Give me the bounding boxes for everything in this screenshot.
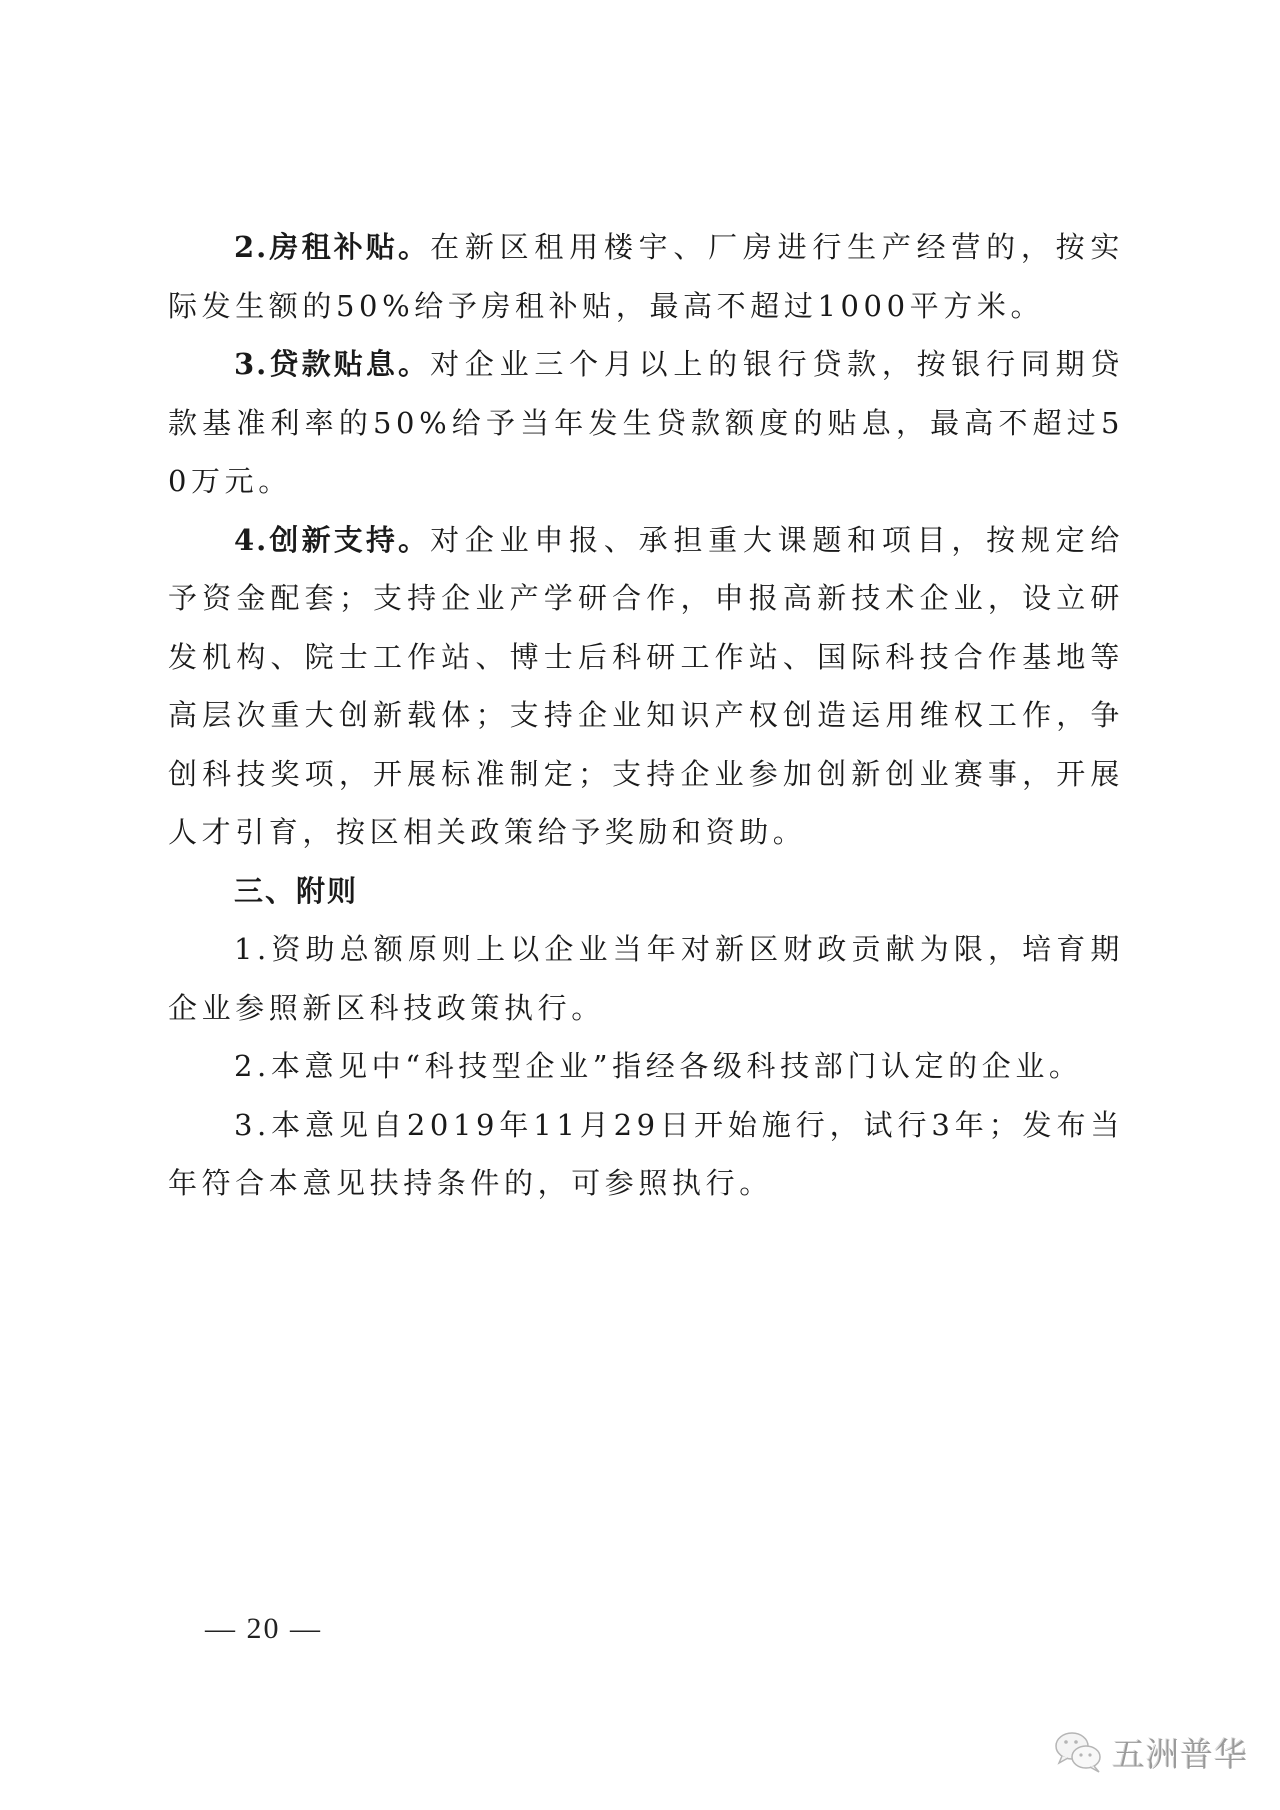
watermark-text: 五洲普华 xyxy=(1112,1729,1248,1776)
paragraph-innovation-support: 4.创新支持。对企业申报、承担重大课题和项目，按规定给予资金配套；支持企业产学研… xyxy=(168,511,1124,862)
paragraph-rent-subsidy: 2.房租补贴。在新区租用楼宇、厂房进行生产经营的，按实际发生额的50%给予房租补… xyxy=(168,218,1124,335)
section-heading: 三、附则 xyxy=(168,862,1124,921)
supplementary-item-3: 3.本意见自2019年11月29日开始施行，试行3年；发布当年符合本意见扶持条件… xyxy=(168,1096,1124,1213)
document-page: 2.房租补贴。在新区租用楼宇、厂房进行生产经营的，按实际发生额的50%给予房租补… xyxy=(168,218,1124,1213)
paragraph-lead: 4.创新支持。 xyxy=(234,523,430,557)
paragraph-lead: 3.贷款贴息。 xyxy=(234,347,430,381)
page-number: — 20 — xyxy=(205,1612,322,1646)
supplementary-item-2: 2.本意见中“科技型企业”指经各级科技部门认定的企业。 xyxy=(168,1037,1124,1096)
paragraph-lead: 2.房租补贴。 xyxy=(234,230,430,264)
supplementary-item-1: 1.资助总额原则上以企业当年对新区财政贡献为限，培育期企业参照新区科技政策执行。 xyxy=(168,920,1124,1037)
paragraph-body: 对企业申报、承担重大课题和项目，按规定给予资金配套；支持企业产学研合作，申报高新… xyxy=(168,523,1124,850)
wechat-icon xyxy=(1054,1730,1104,1774)
watermark: 五洲普华 xyxy=(1054,1728,1248,1776)
paragraph-loan-interest: 3.贷款贴息。对企业三个月以上的银行贷款，按银行同期贷款基准利率的50%给予当年… xyxy=(168,335,1124,511)
